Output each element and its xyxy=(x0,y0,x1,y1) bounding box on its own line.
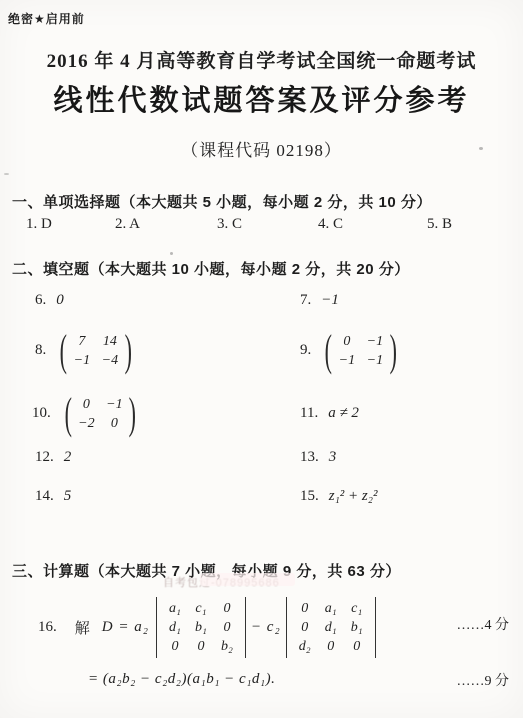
q16-solution-line-1: 16. 解 D = a₂ a₁c₁0d₁b₁000b₂ − c₂ 0a₁c₁0d… xyxy=(38,597,379,658)
matrix-cell: 0 xyxy=(214,618,240,637)
matrix-cell: a₁ xyxy=(318,599,344,618)
matrix-row: 0d₁b₁ xyxy=(292,618,370,637)
question-number: 7. xyxy=(300,292,311,309)
answer-value: a ≠ 2 xyxy=(328,405,359,422)
determinant-2: 0a₁c₁0d₁b₁d₂00 xyxy=(286,597,376,658)
multiple-choice-answer-row: 1. D 2. A 3. C 4. C 5. B xyxy=(26,216,506,233)
answer-value: 2 xyxy=(64,449,72,466)
solve-label: 解 xyxy=(75,617,90,638)
matrix-row: −1−1 xyxy=(333,351,389,370)
answer-matrix: 0−1−1−1 xyxy=(321,330,400,372)
score-mark-4: ……4 分 xyxy=(457,614,510,634)
question-number: 13. xyxy=(300,449,319,466)
matrix-cell: b₂ xyxy=(214,637,240,656)
answer-matrix: 0−1−20 xyxy=(61,393,140,435)
answer-value: 5 xyxy=(64,488,72,505)
determinant-1: a₁c₁0d₁b₁000b₂ xyxy=(156,597,246,658)
matrix-cell: 0 xyxy=(214,599,240,618)
fill-answer-12: 12. 2 xyxy=(35,449,71,466)
exam-title: 2016 年 4 月高等教育自学考试全国统一命题考试 xyxy=(0,46,523,73)
section1-heading: 一、单项选择题（本大题共 5 小题，每小题 2 分，共 10 分） xyxy=(12,191,432,212)
mc-answer-3: 3. C xyxy=(217,216,318,233)
fill-answer-15: 15. z₁² + z₂² xyxy=(300,488,377,505)
watermark-highlight xyxy=(200,573,295,586)
matrix-cell: a₁ xyxy=(162,599,188,618)
matrix-row: −1−4 xyxy=(68,351,124,370)
question-number: 12. xyxy=(35,449,54,466)
scan-speckle xyxy=(170,252,173,255)
scan-speckle xyxy=(4,173,9,175)
matrix-cell: b₁ xyxy=(188,618,214,637)
matrix-row: 0a₁c₁ xyxy=(292,599,370,618)
matrix-cell: 0 xyxy=(100,414,128,433)
answer-value: −1 xyxy=(321,292,339,309)
matrix-cell: −1 xyxy=(333,351,361,370)
security-notice: 绝密★启用前 xyxy=(8,10,85,27)
mc-answer-1: 1. D xyxy=(26,216,115,233)
fill-answer-13: 13. 3 xyxy=(300,449,336,466)
matrix-cell: d₁ xyxy=(318,618,344,637)
question-number: 9. xyxy=(300,342,311,359)
answer-value: z₁² + z₂² xyxy=(329,488,378,505)
matrix-row: d₁b₁0 xyxy=(162,618,240,637)
fill-answer-7: 7. −1 xyxy=(300,292,339,309)
matrix-cell: 14 xyxy=(96,332,124,351)
answer-value: 3 xyxy=(329,449,337,466)
course-code: （课程代码 02198） xyxy=(0,136,523,161)
matrix-cell: b₁ xyxy=(344,618,370,637)
matrix-cell: −2 xyxy=(72,414,100,433)
matrix-row: 714 xyxy=(68,332,124,351)
section2-heading: 二、填空题（本大题共 10 小题，每小题 2 分，共 20 分） xyxy=(12,258,410,279)
matrix-cell: −4 xyxy=(96,351,124,370)
answer-matrix: 714−1−4 xyxy=(56,330,135,372)
matrix-cell: 7 xyxy=(68,332,96,351)
scan-speckle xyxy=(479,147,483,150)
fill-answer-6: 6. 0 xyxy=(35,292,64,309)
matrix-cell: c₁ xyxy=(188,599,214,618)
matrix-cell: −1 xyxy=(361,332,389,351)
matrix-row: a₁c₁0 xyxy=(162,599,240,618)
matrix-cell: 0 xyxy=(188,637,214,656)
matrix-cell: −1 xyxy=(361,351,389,370)
matrix-cell: 0 xyxy=(318,637,344,656)
equation-operator: − c₂ xyxy=(251,619,281,636)
matrix-cell: −1 xyxy=(100,395,128,414)
matrix-cell: d₂ xyxy=(292,637,318,656)
question-number: 6. xyxy=(35,292,46,309)
question-number: 10. xyxy=(32,405,51,422)
matrix-row: 0−1 xyxy=(72,395,128,414)
mc-answer-4: 4. C xyxy=(318,216,427,233)
question-number: 8. xyxy=(35,342,46,359)
matrix-row: 00b₂ xyxy=(162,637,240,656)
mc-answer-5: 5. B xyxy=(427,216,452,233)
mc-answer-2: 2. A xyxy=(115,216,217,233)
matrix-cell: 0 xyxy=(344,637,370,656)
equation-lhs: D = a₂ xyxy=(102,619,149,636)
answer-value: 0 xyxy=(56,292,64,309)
matrix-row: d₂00 xyxy=(292,637,370,656)
matrix-row: 0−1 xyxy=(333,332,389,351)
scanned-exam-answer-page: 绝密★启用前 2016 年 4 月高等教育自学考试全国统一命题考试 线性代数试题… xyxy=(0,0,523,718)
matrix-cell: 0 xyxy=(72,395,100,414)
score-mark-9: ……9 分 xyxy=(457,670,510,690)
fill-answer-8: 8. 714−1−4 xyxy=(35,330,136,372)
paper-title: 线性代数试题答案及评分参考 xyxy=(0,78,523,119)
question-number: 16. xyxy=(38,619,57,636)
fill-answer-11: 11. a ≠ 2 xyxy=(300,405,359,422)
q16-solution-line-2: = (a₂b₂ − c₂d₂)(a₁b₁ − c₁d₁). xyxy=(88,671,275,688)
matrix-cell: 0 xyxy=(292,599,318,618)
question-number: 15. xyxy=(300,488,319,505)
question-number: 14. xyxy=(35,488,54,505)
fill-answer-10: 10. 0−1−20 xyxy=(32,393,140,435)
matrix-cell: −1 xyxy=(68,351,96,370)
fill-answer-14: 14. 5 xyxy=(35,488,71,505)
matrix-row: −20 xyxy=(72,414,128,433)
question-number: 11. xyxy=(300,405,318,422)
matrix-cell: 0 xyxy=(333,332,361,351)
matrix-cell: 0 xyxy=(162,637,188,656)
matrix-cell: c₁ xyxy=(344,599,370,618)
matrix-cell: 0 xyxy=(292,618,318,637)
matrix-cell: d₁ xyxy=(162,618,188,637)
fill-answer-9: 9. 0−1−1−1 xyxy=(300,330,401,372)
